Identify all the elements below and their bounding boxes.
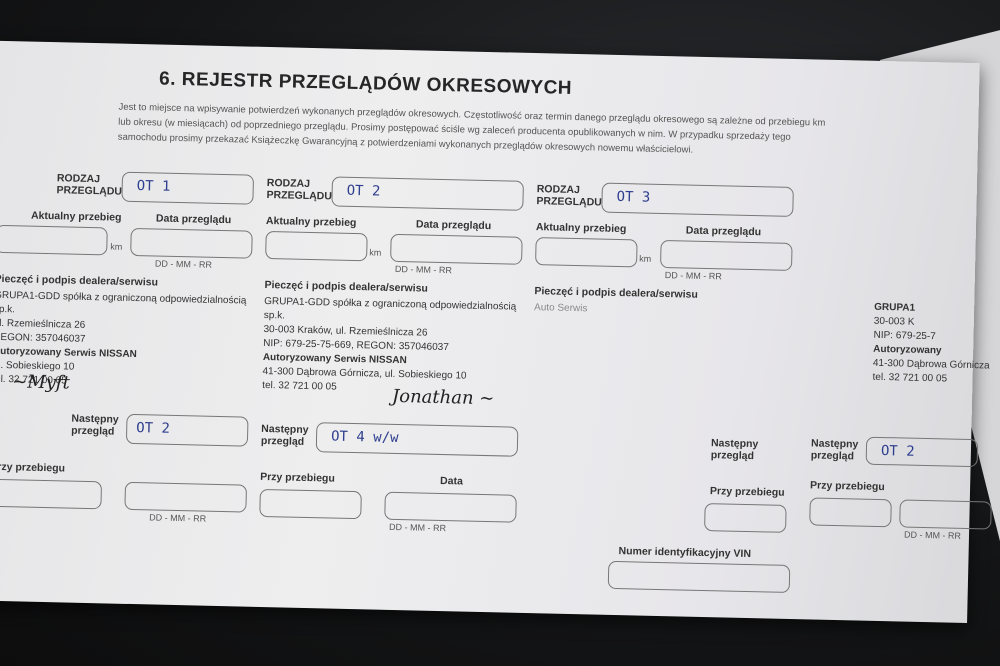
- date-format: DD - MM - RR: [155, 258, 212, 269]
- next-value: OT 2: [136, 420, 170, 437]
- intro-text: Jest to miejsce na wpisywanie potwierdze…: [118, 100, 839, 161]
- date-label: Data przeglądu: [156, 212, 232, 226]
- type-label: RODZAJ PRZEGLĄDU: [56, 172, 117, 197]
- dealer-stamp: Auto Serwis: [534, 301, 588, 316]
- service-entry-4: GRUPA1 30-003 K NIP: 679-25-7 Autoryzowa…: [808, 179, 1000, 595]
- signature: ~Myft: [12, 371, 70, 393]
- section-number: 6.: [159, 69, 176, 90]
- vin-field: [608, 561, 791, 593]
- km-unit: km: [110, 241, 122, 251]
- at-mileage-label: Przy przebiegu: [0, 461, 65, 475]
- section-title: REJESTR PRZEGLĄDÓW OKRESOWYCH: [182, 69, 573, 99]
- next-label: Następny przegląd: [71, 413, 122, 438]
- stamp-label: Pieczęć i podpis dealera/serwisu: [0, 273, 158, 289]
- dealer-stamp: GRUPA1-GDD spółka z ograniczoną odpowied…: [262, 295, 524, 399]
- service-entry-3: RODZAJ PRZEGLĄDU OT 3 Aktualny przebieg …: [528, 173, 797, 589]
- vin-label: Numer identyfikacyjny VIN: [618, 545, 751, 560]
- mileage-field: [0, 225, 108, 256]
- signature: Jonathan ~: [392, 386, 495, 409]
- service-entry-1: RODZAJ PRZEGLĄDU OT 1 Aktualny przebieg …: [0, 161, 257, 577]
- booklet-page: 6. REJESTR PRZEGLĄDÓW OKRESOWYCH Jest to…: [0, 40, 980, 623]
- date-field: [130, 228, 253, 259]
- type-value: OT 1: [137, 178, 171, 195]
- dealer-stamp: GRUPA1 30-003 K NIP: 679-25-7 Autoryzowa…: [872, 301, 991, 388]
- page-title: 6. REJESTR PRZEGLĄDÓW OKRESOWYCH: [159, 69, 572, 100]
- at-mileage-field: [0, 479, 102, 510]
- next-date-field: [124, 482, 247, 513]
- service-entry-2: RODZAJ PRZEGLĄDU OT 2 Aktualny przebieg …: [258, 167, 527, 583]
- mileage-label: Aktualny przebieg: [31, 210, 122, 224]
